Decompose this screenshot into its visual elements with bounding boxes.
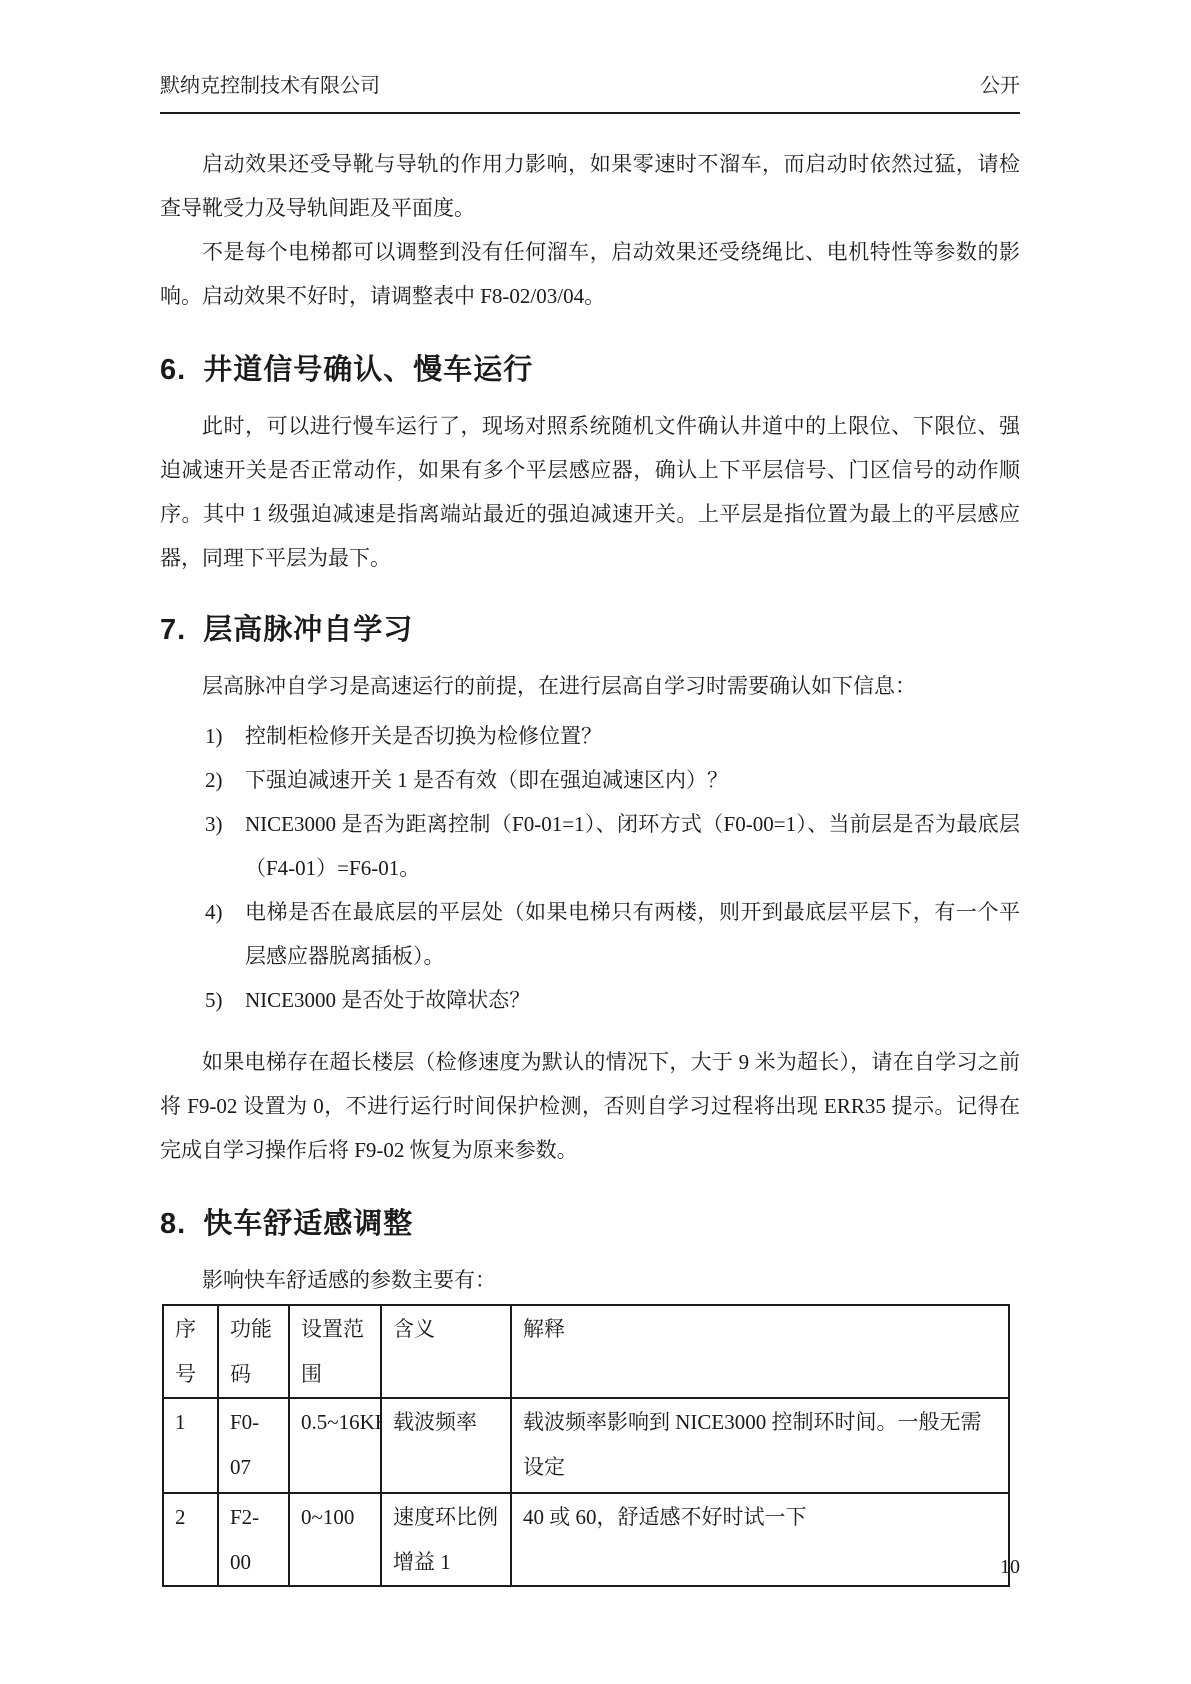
paragraph-long-floor-note: 如果电梯存在超长楼层（检修速度为默认的情况下，大于 9 米为超长），请在自学习之…	[160, 1040, 1020, 1172]
table-header-cell: 设置范围	[289, 1305, 381, 1398]
checklist-item: 4) 电梯是否在最底层的平层处（如果电梯只有两楼，则开到最底层平层下，有一个平层…	[160, 890, 1020, 978]
item-number: 4)	[205, 890, 223, 934]
checklist: 1) 控制柜检修开关是否切换为检修位置？ 2) 下强迫减速开关 1 是否有效（即…	[160, 714, 1020, 1022]
classification-label: 公开	[980, 73, 1020, 99]
paragraph-not-every-elevator: 不是每个电梯都可以调整到没有任何溜车，启动效果还受绕绳比、电机特性等参数的影响。…	[160, 230, 1020, 318]
table-header-cell: 序号	[163, 1305, 218, 1398]
parameters-table: 序号 功能码 设置范围 含义 解释 1 F0-07 0.5~16KHz 载波频率…	[162, 1304, 1010, 1587]
section-heading-7: 7.层高脉冲自学习	[160, 608, 1020, 652]
page-header: 默纳克控制技术有限公司 公开	[160, 73, 1020, 114]
table-header-cell: 功能码	[218, 1305, 289, 1398]
section-heading-6: 6.井道信号确认、慢车运行	[160, 348, 1020, 392]
paragraph-startup-effect: 启动效果还受导靴与导轨的作用力影响，如果零速时不溜车，而启动时依然过猛，请检查导…	[160, 142, 1020, 230]
document-page: 默纳克控制技术有限公司 公开 启动效果还受导靴与导轨的作用力影响，如果零速时不溜…	[0, 0, 1191, 1684]
content-column: 默纳克控制技术有限公司 公开 启动效果还受导靴与导轨的作用力影响，如果零速时不溜…	[160, 0, 1020, 1587]
section-title: 快车舒适感调整	[203, 1208, 413, 1240]
page-number: 10	[0, 1556, 1020, 1579]
section-number: 8.	[160, 1208, 186, 1240]
section-heading-8: 8.快车舒适感调整	[160, 1202, 1020, 1246]
table-cell: F0-07	[218, 1398, 289, 1493]
table-row: 1 F0-07 0.5~16KHz 载波频率 载波频率影响到 NICE3000 …	[163, 1398, 1009, 1493]
table-header-cell: 含义	[381, 1305, 511, 1398]
item-text: 控制柜检修开关是否切换为检修位置？	[245, 724, 602, 748]
table-header-row: 序号 功能码 设置范围 含义 解释	[163, 1305, 1009, 1398]
paragraph-floor-learning-intro: 层高脉冲自学习是高速运行的前提，在进行层高自学习时需要确认如下信息：	[160, 664, 1020, 708]
item-text: NICE3000 是否为距离控制（F0-01=1）、闭环方式（F0-00=1）、…	[245, 812, 1020, 880]
section-title: 层高脉冲自学习	[203, 614, 413, 646]
table-cell: 0.5~16KHz	[289, 1398, 381, 1493]
table-cell: 1	[163, 1398, 218, 1493]
item-number: 2)	[205, 758, 223, 802]
item-text: NICE3000 是否处于故障状态？	[245, 988, 530, 1012]
item-text: 电梯是否在最底层的平层处（如果电梯只有两楼，则开到最底层平层下，有一个平层感应器…	[245, 900, 1020, 968]
checklist-item: 2) 下强迫减速开关 1 是否有效（即在强迫减速区内）？	[160, 758, 1020, 802]
paragraph-comfort-params-intro: 影响快车舒适感的参数主要有：	[160, 1258, 1020, 1302]
section-title: 井道信号确认、慢车运行	[203, 354, 533, 386]
table-cell: 载波频率影响到 NICE3000 控制环时间。一般无需设定	[511, 1398, 1009, 1493]
table-header-cell: 解释	[511, 1305, 1009, 1398]
item-text: 下强迫减速开关 1 是否有效（即在强迫减速区内）？	[245, 768, 728, 792]
section-number: 7.	[160, 614, 186, 646]
section-number: 6.	[160, 354, 186, 386]
item-number: 5)	[205, 978, 223, 1022]
checklist-item: 5) NICE3000 是否处于故障状态？	[160, 978, 1020, 1022]
checklist-item: 3) NICE3000 是否为距离控制（F0-01=1）、闭环方式（F0-00=…	[160, 802, 1020, 890]
item-number: 1)	[205, 714, 223, 758]
paragraph-slow-run: 此时，可以进行慢车运行了，现场对照系统随机文件确认井道中的上限位、下限位、强迫减…	[160, 404, 1020, 580]
company-name: 默纳克控制技术有限公司	[160, 73, 380, 99]
table-cell: 载波频率	[381, 1398, 511, 1493]
item-number: 3)	[205, 802, 223, 846]
checklist-item: 1) 控制柜检修开关是否切换为检修位置？	[160, 714, 1020, 758]
